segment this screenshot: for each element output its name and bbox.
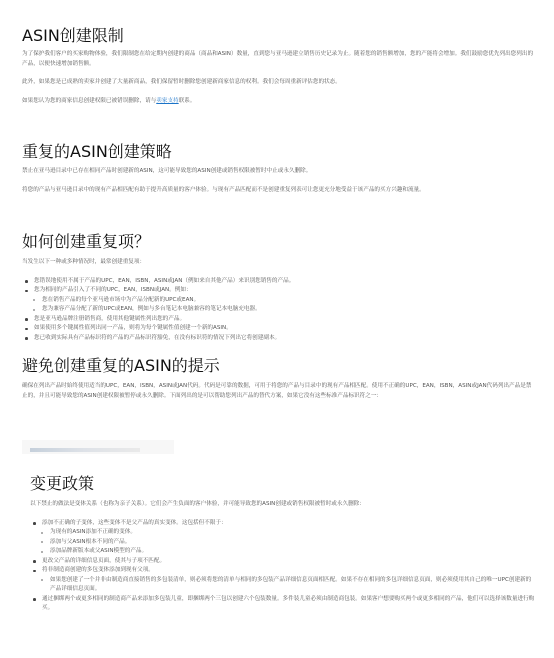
list-item: 您是亚马逊品牌注册销售商，使用其他键属性列出您的产品。 — [22, 315, 534, 325]
list-item: 您为兼容产品分配了新的UPC或EAN，例如与多台笔记本电脑兼容的笔记本电脑充电器… — [22, 305, 534, 315]
intro: 当发生以下一种或多种情况时，最常创建重复项： — [22, 258, 534, 268]
list-item: 添加与父ASIN根本不同的产品。 — [30, 538, 535, 548]
paragraph: 将您的产品与亚马逊目录中的现有产品相匹配有助于提升高质量的客户体验。与现有产品匹… — [22, 186, 534, 196]
list-item: 将非制造商创建的多包变体添加到现有父项。 — [30, 566, 535, 576]
faded-text-line — [30, 448, 140, 452]
section-how-duplicates: 如何创建重复项？ 当发生以下一种或多种情况时，最常创建重复项： 您错误地使用不属… — [22, 232, 534, 343]
list-item: 更改父产品的详细信息页面，使其与子项不匹配。 — [30, 557, 535, 567]
paragraph: 为了保护我们客户的买家购物体验，我们限制您在给定期内创建的商品（商品和ASIN）… — [22, 50, 534, 69]
intro: 以下禁止的做法是变体关系（也称为亲子关系）。它们会产生负面的客户体验，并可能导致… — [30, 500, 535, 510]
variation-rules-list: 添加不正确的子变体，这些变体不是父产品的真实变体。这包括但不限于： 为现有的AS… — [30, 519, 535, 614]
section-title: 如何创建重复项？ — [22, 232, 534, 252]
list-item: 通过捆绑两个或更多相同的制造商产品来添加多包装儿童，即捆绑两个三包以创建六个包装… — [30, 595, 535, 614]
section-title: 重复的ASIN创建策略 — [22, 142, 534, 162]
section-variation-policy: 变更政策 以下禁止的做法是变体关系（也称为亲子关系）。它们会产生负面的客户体验，… — [30, 474, 535, 614]
contact-prefix: 如果您认为您的商家信息创建权限已被错误删除，请与 — [22, 98, 156, 104]
list-item: 您为相同的产品引入了不同的UPC，EAN，ISBN或JAN。例如： — [22, 286, 534, 296]
list-item: 您在销售产品的每个亚马逊市场中为产品分配新的UPC或EAN。 — [22, 296, 534, 306]
list-item: 如果使用多个键属性值列出同一产品，则将为每个键属性值创建一个新的ASIN。 — [22, 324, 534, 334]
section-asin-limits: ASIN创建限制 为了保护我们客户的买家购物体验，我们限制您在给定期内创建的商品… — [22, 26, 534, 106]
list-item: 您错误地使用不属于产品的UPC，EAN，ISBN，ASIN或JAN（例如来自其他… — [22, 277, 534, 287]
list-item: 添加品牌新版本或父ASIN模型的产品。 — [30, 547, 535, 557]
contact-suffix: 联系。 — [179, 98, 196, 104]
contact-paragraph: 如果您认为您的商家信息创建权限已被错误删除，请与卖家支持联系。 — [22, 97, 534, 107]
help-page: ASIN创建限制 为了保护我们客户的买家购物体验，我们限制您在给定期内创建的商品… — [0, 0, 554, 658]
duplicate-causes-list: 您错误地使用不属于产品的UPC，EAN，ISBN，ASIN或JAN（例如来自其他… — [22, 277, 534, 344]
section-title: 变更政策 — [30, 474, 535, 494]
list-item: 您已收到实际具有产品标识符的产品的产品标识符豁免，在没有标识符的情况下列出它将创… — [22, 334, 534, 344]
section-title: 避免创建重复的ASIN的提示 — [22, 356, 534, 376]
paragraph: 此外，如果您是已成熟的卖家并创建了大量新商品，我们保留暂时删除您创建新商家信息的… — [22, 78, 534, 88]
list-item: 添加不正确的子变体，这些变体不是父产品的真实变体。这包括但不限于： — [30, 519, 535, 529]
list-item: 如果您创建了一个并非由制造商直接销售的多包装清单，则必须将您的清单与相同的多包装… — [30, 576, 535, 595]
section-title: ASIN创建限制 — [22, 26, 534, 46]
paragraph: 确保在列出产品时始终使用适当的UPC，EAN，ISBN，ASIN或JAN代码。代… — [22, 382, 534, 401]
list-item: 为现有的ASIN添加不正确的变体。 — [30, 528, 535, 538]
section-duplicate-policy: 重复的ASIN创建策略 禁止在亚马逊目录中已存在相同产品时创建新的ASIN，这可… — [22, 142, 534, 195]
paragraph: 禁止在亚马逊目录中已存在相同产品时创建新的ASIN，这可能导致您的ASIN创建或… — [22, 167, 534, 177]
seller-support-link[interactable]: 卖家支持 — [156, 98, 178, 104]
section-avoid-tips: 避免创建重复的ASIN的提示 确保在列出产品时始终使用适当的UPC，EAN，IS… — [22, 356, 534, 401]
